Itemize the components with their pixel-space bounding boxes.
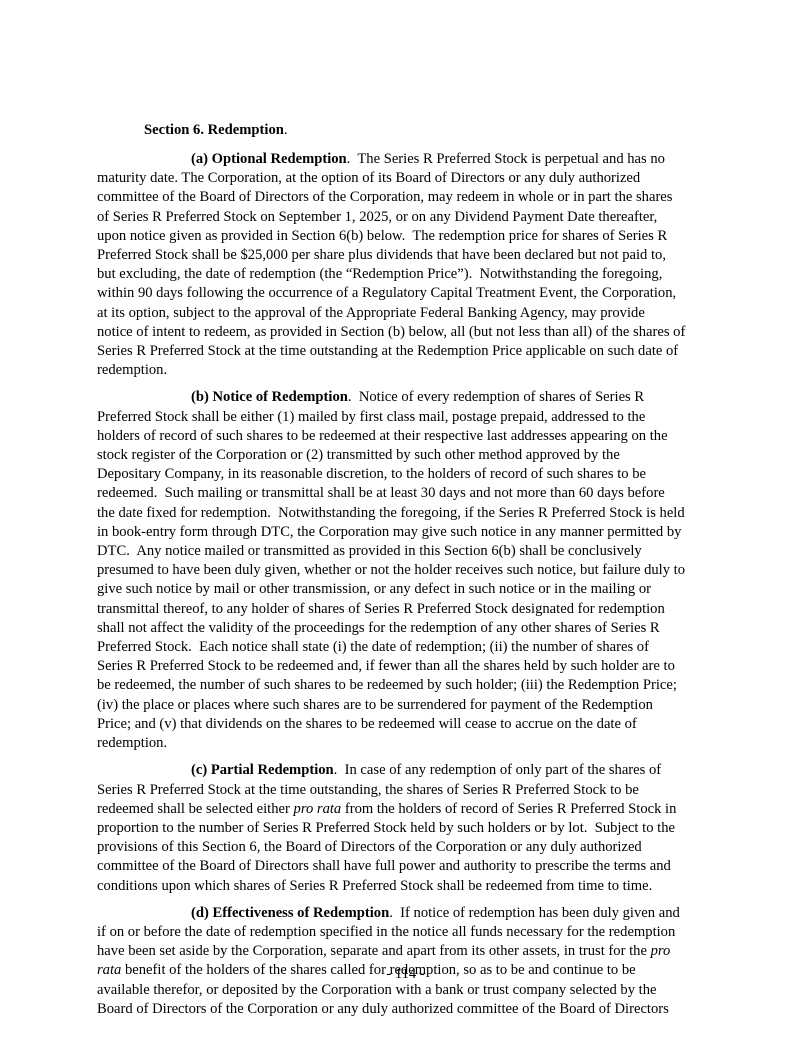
paragraph-line: presumed to have been duly given, whethe… [97, 561, 719, 580]
paragraph-line: of Series R Preferred Stock on September… [97, 208, 719, 227]
paragraph-line: redeemed shall be selected either pro ra… [97, 800, 719, 819]
paragraph-line: the date fixed for redemption. Notwithst… [97, 504, 719, 523]
paragraph-line: be redeemed, the number of such shares t… [97, 676, 719, 695]
paragraph-line: Series R Preferred Stock at the time out… [97, 342, 719, 361]
paragraph-line: at its option, subject to the approval o… [97, 304, 719, 323]
paragraph-line: redeemed. Such mailing or transmittal sh… [97, 484, 719, 503]
paragraph-line: upon notice given as provided in Section… [97, 227, 719, 246]
paragraph-line: but excluding, the date of redemption (t… [97, 265, 719, 284]
paragraph-line: conditions upon which shares of Series R… [97, 877, 719, 896]
paragraph-line: (c) Partial Redemption. In case of any r… [97, 761, 719, 780]
section-heading: Section 6. Redemption. [144, 121, 288, 140]
paragraph-line: transmittal thereof, to any holder of sh… [97, 600, 719, 619]
paragraph-title: (b) Notice of Redemption [191, 389, 348, 405]
paragraph-line: Series R Preferred Stock at the time out… [97, 781, 719, 800]
italic-term: pro rata [294, 801, 342, 817]
paragraph-line: Preferred Stock. Each notice shall state… [97, 638, 719, 657]
paragraph-line: redemption. [97, 734, 719, 753]
paragraph-line: give such notice by mail or other transm… [97, 580, 719, 599]
paragraph-line: Preferred Stock shall be $25,000 per sha… [97, 246, 719, 265]
paragraph-partial-redemption: (c) Partial Redemption. In case of any r… [97, 761, 719, 895]
italic-term: pro [651, 943, 671, 959]
paragraph-line: committee of the Board of Directors of t… [97, 188, 719, 207]
paragraph-line: redemption. [97, 361, 719, 380]
paragraph-title: (d) Effectiveness of Redemption [191, 905, 389, 921]
paragraph-line: Price; and (v) that dividends on the sha… [97, 715, 719, 734]
paragraph-line: notice of intent to redeem, as provided … [97, 323, 719, 342]
paragraph-line: (d) Effectiveness of Redemption. If noti… [97, 904, 719, 923]
section-heading-period: . [284, 122, 288, 138]
paragraph-line: available therefor, or deposited by the … [97, 981, 719, 1000]
paragraph-line: if on or before the date of redemption s… [97, 923, 719, 942]
paragraph-line: maturity date. The Corporation, at the o… [97, 169, 719, 188]
paragraph-line: in book-entry form through DTC, the Corp… [97, 523, 719, 542]
paragraph-line: (iv) the place or places where such shar… [97, 696, 719, 715]
paragraph-line: DTC. Any notice mailed or transmitted as… [97, 542, 719, 561]
page-number: - 114 - [0, 966, 811, 983]
paragraph-line: proportion to the number of Series R Pre… [97, 819, 719, 838]
paragraph-title: (a) Optional Redemption [191, 151, 347, 167]
paragraph-line: shall not affect the validity of the pro… [97, 619, 719, 638]
paragraph-optional-redemption: (a) Optional Redemption. The Series R Pr… [97, 150, 719, 380]
paragraph-line: Board of Directors of the Corporation or… [97, 1000, 719, 1019]
paragraph-line: Series R Preferred Stock to be redeemed … [97, 657, 719, 676]
paragraph-title: (c) Partial Redemption [191, 762, 334, 778]
document-body: (a) Optional Redemption. The Series R Pr… [97, 150, 719, 1019]
paragraph-line: provisions of this Section 6, the Board … [97, 838, 719, 857]
paragraph-line: committee of the Board of Directors shal… [97, 857, 719, 876]
paragraph-effectiveness-of-redemption: (d) Effectiveness of Redemption. If noti… [97, 904, 719, 1019]
paragraph-line: (a) Optional Redemption. The Series R Pr… [97, 150, 719, 169]
paragraph-line: Depositary Company, in its reasonable di… [97, 465, 719, 484]
paragraph-line: holders of record of such shares to be r… [97, 427, 719, 446]
paragraph-line: have been set aside by the Corporation, … [97, 942, 719, 961]
paragraph-line: (b) Notice of Redemption. Notice of ever… [97, 388, 719, 407]
paragraph-line: stock register of the Corporation or (2)… [97, 446, 719, 465]
section-heading-label: Section 6. Redemption [144, 122, 284, 138]
paragraph-line: within 90 days following the occurrence … [97, 284, 719, 303]
paragraph-line: Preferred Stock shall be either (1) mail… [97, 408, 719, 427]
paragraph-notice-of-redemption: (b) Notice of Redemption. Notice of ever… [97, 388, 719, 753]
